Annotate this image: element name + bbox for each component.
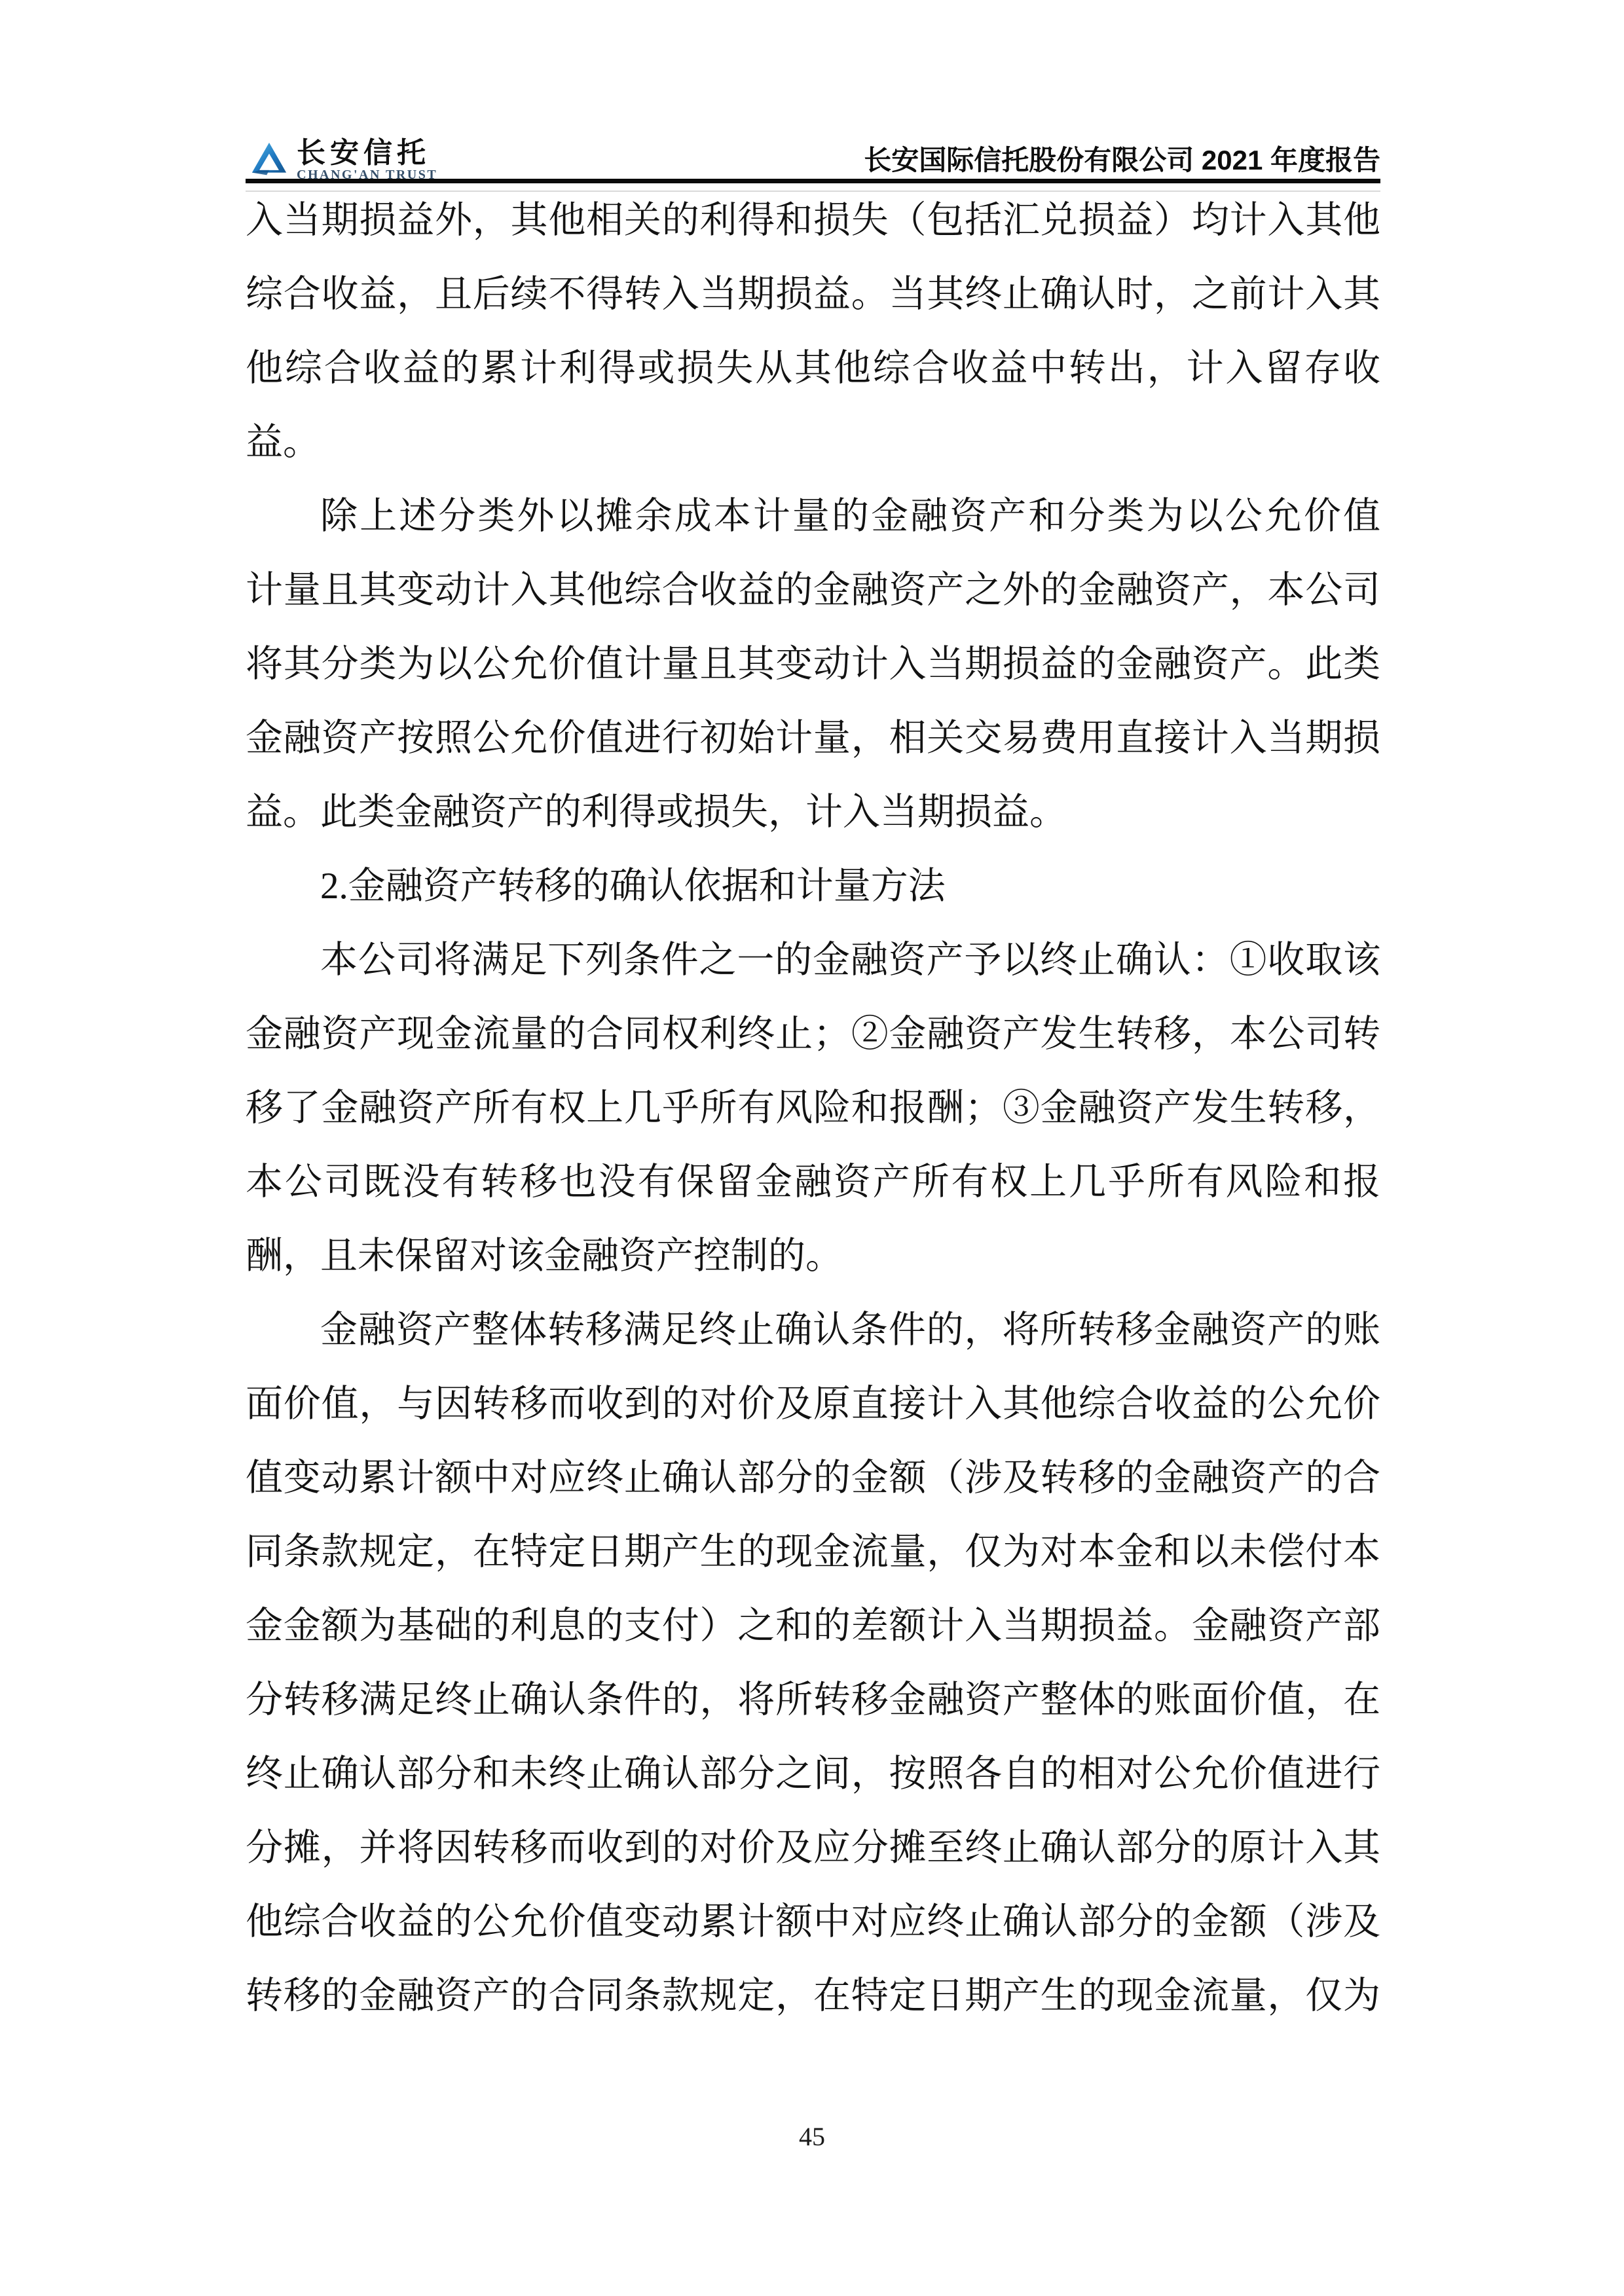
text-line: 他综合收益的累计利得或损失从其他综合收益中转出，计入留存收 [246,331,1380,405]
logo-triangle-icon [251,141,287,178]
text-line: 金金额为基础的利息的支付）之和的差额计入当期损益。金融资产部 [246,1589,1380,1663]
logo-text: 长安信托 CHANG'AN TRUST [297,139,437,182]
text-line: 分转移满足终止确认条件的，将所转移金融资产整体的账面价值，在 [246,1663,1380,1737]
content: 入当期损益外，其他相关的利得和损失（包括汇兑损益）均计入其他综合收益，且后续不得… [246,183,1380,2033]
text-line: 综合收益，且后续不得转入当期损益。当其终止确认时，之前计入其 [246,257,1380,331]
text-line: 将其分类为以公允价值计量且其变动计入当期损益的金融资产。此类 [246,627,1380,701]
text-line: 益。此类金融资产的利得或损失，计入当期损益。 [246,775,1380,849]
page: 长安信托 CHANG'AN TRUST 长安国际信托股份有限公司 2021 年度… [0,0,1624,2296]
text-line: 计量且其变动计入其他综合收益的金融资产之外的金融资产，本公司 [246,553,1380,627]
logo: 长安信托 CHANG'AN TRUST [251,139,437,182]
logo-cn-text: 长安信托 [297,139,437,168]
text-line: 移了金融资产所有权上几乎所有风险和报酬；③金融资产发生转移， [246,1071,1380,1145]
text-line: 除上述分类外以摊余成本计量的金融资产和分类为以公允价值 [246,479,1380,553]
text-line: 金融资产按照公允价值进行初始计量，相关交易费用直接计入当期损 [246,701,1380,775]
header-title: 长安国际信托股份有限公司 2021 年度报告 [864,139,1380,178]
text-line: 终止确认部分和未终止确认部分之间，按照各自的相对公允价值进行 [246,1737,1380,1811]
header-rule [246,179,1380,183]
text-line: 转移的金融资产的合同条款规定，在特定日期产生的现金流量，仅为 [246,1959,1380,2033]
text-line: 金融资产整体转移满足终止确认条件的，将所转移金融资产的账 [246,1293,1380,1367]
text-line: 金融资产现金流量的合同权利终止；②金融资产发生转移，本公司转 [246,997,1380,1071]
text-line: 入当期损益外，其他相关的利得和损失（包括汇兑损益）均计入其他 [246,183,1380,257]
page-number: 45 [0,2121,1624,2152]
text-line: 本公司既没有转移也没有保留金融资产所有权上几乎所有风险和报 [246,1145,1380,1219]
text-line: 益。 [246,405,1380,479]
text-line: 本公司将满足下列条件之一的金融资产予以终止确认：①收取该 [246,923,1380,997]
text-line: 同条款规定，在特定日期产生的现金流量，仅为对本金和以未偿付本 [246,1515,1380,1589]
text-line: 他综合收益的公允价值变动累计额中对应终止确认部分的金额（涉及 [246,1885,1380,1959]
text-line: 值变动累计额中对应终止确认部分的金额（涉及转移的金融资产的合 [246,1441,1380,1515]
text-line: 面价值，与因转移而收到的对价及原直接计入其他综合收益的公允价 [246,1367,1380,1441]
text-line: 酬，且未保留对该金融资产控制的。 [246,1219,1380,1293]
text-line: 2.金融资产转移的确认依据和计量方法 [246,849,1380,923]
text-line: 分摊，并将因转移而收到的对价及应分摊至终止确认部分的原计入其 [246,1811,1380,1885]
